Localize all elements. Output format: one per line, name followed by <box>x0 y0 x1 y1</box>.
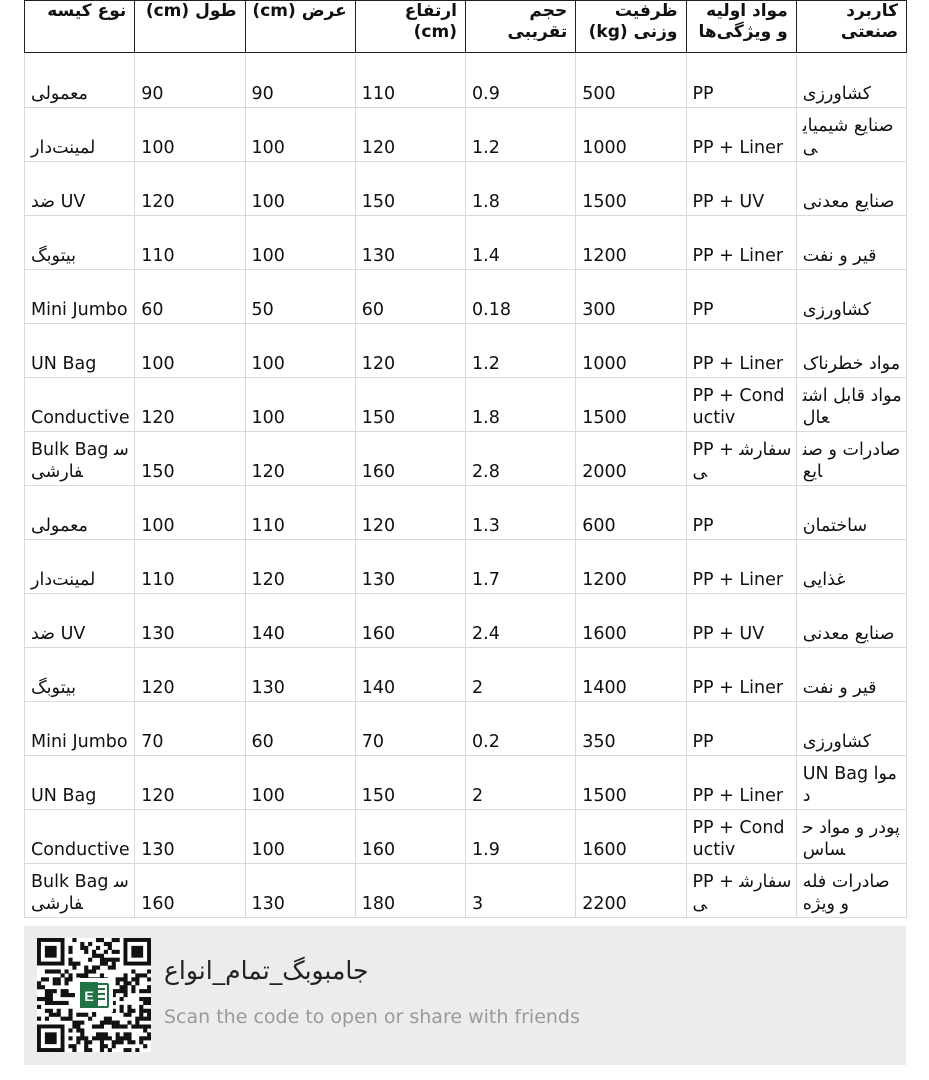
table-cell[interactable]: 2 <box>466 756 576 810</box>
table-cell[interactable]: 100 <box>135 108 245 162</box>
table-cell[interactable]: 1.7 <box>466 540 576 594</box>
table-cell[interactable]: 1000 <box>576 324 686 378</box>
table-cell[interactable]: صنایع معدنی <box>796 162 906 216</box>
table-cell[interactable]: Bulk Bag سفارشی <box>25 864 135 918</box>
table-cell[interactable]: 130 <box>245 648 355 702</box>
table-cell[interactable]: 70 <box>135 702 245 756</box>
table-cell[interactable]: 150 <box>135 432 245 486</box>
table-cell[interactable]: صادرات فله و ویژه <box>796 864 906 918</box>
table-cell[interactable]: 90 <box>245 53 355 108</box>
spreadsheet-table-container: نوع کیسهطول (cm)عرض (cm)ارتفاع (cm)حجم ت… <box>24 0 906 918</box>
table-cell[interactable]: 140 <box>355 648 465 702</box>
table-cell[interactable]: 120 <box>135 378 245 432</box>
table-cell[interactable]: 350 <box>576 702 686 756</box>
table-cell[interactable]: لمینت‌دار <box>25 540 135 594</box>
table-cell[interactable]: 1.2 <box>466 108 576 162</box>
table-row: بیتوبگ12013014021400PP + Linerقیر و نفت <box>25 648 907 702</box>
table-cell[interactable]: PP + UV <box>686 594 796 648</box>
table-cell[interactable]: 100 <box>245 162 355 216</box>
table-cell[interactable]: PP <box>686 270 796 324</box>
table-cell[interactable]: 1500 <box>576 162 686 216</box>
jumbo-bag-table: نوع کیسهطول (cm)عرض (cm)ارتفاع (cm)حجم ت… <box>24 0 907 918</box>
table-cell[interactable]: Mini Jumbo <box>25 270 135 324</box>
table-cell[interactable]: 160 <box>355 432 465 486</box>
table-cell[interactable]: 3 <box>466 864 576 918</box>
table-cell[interactable]: لمینت‌دار <box>25 108 135 162</box>
table-cell[interactable]: 150 <box>355 162 465 216</box>
table-cell[interactable]: PP + Liner <box>686 756 796 810</box>
table-cell[interactable]: 500 <box>576 53 686 108</box>
table-cell[interactable]: کشاورزی <box>796 53 906 108</box>
table-cell[interactable]: 130 <box>135 810 245 864</box>
table-cell[interactable]: PP + سفارشی <box>686 864 796 918</box>
table-cell[interactable]: غذایی <box>796 540 906 594</box>
table-cell[interactable]: کشاورزی <box>796 270 906 324</box>
column-header[interactable]: نوع کیسه <box>25 1 135 53</box>
table-cell[interactable]: PP + Liner <box>686 108 796 162</box>
table-cell[interactable]: 1.2 <box>466 324 576 378</box>
file-title: جامبوبگ_تمام_انواع <box>164 956 368 985</box>
table-cell[interactable]: 120 <box>355 324 465 378</box>
table-cell[interactable]: 130 <box>355 216 465 270</box>
table-cell[interactable]: ضد UV <box>25 162 135 216</box>
table-cell[interactable]: PP <box>686 53 796 108</box>
table-cell[interactable]: 2200 <box>576 864 686 918</box>
table-cell[interactable]: 110 <box>245 486 355 540</box>
table-cell[interactable]: 2 <box>466 648 576 702</box>
table-cell[interactable]: 100 <box>245 108 355 162</box>
table-cell[interactable]: 100 <box>245 756 355 810</box>
column-header[interactable]: حجم تقریبی <box>466 1 576 53</box>
table-cell[interactable]: 130 <box>245 864 355 918</box>
table-cell[interactable]: 0.2 <box>466 702 576 756</box>
table-cell[interactable]: 110 <box>135 216 245 270</box>
table-cell[interactable]: 120 <box>135 756 245 810</box>
table-cell[interactable]: 1400 <box>576 648 686 702</box>
table-row: Conductive1201001501.81500PP + Conductiv… <box>25 378 907 432</box>
table-body: معمولی90901100.9500PPکشاورزیلمینت‌دار100… <box>25 53 907 918</box>
column-header[interactable]: ارتفاع (cm) <box>355 1 465 53</box>
table-cell[interactable]: معمولی <box>25 486 135 540</box>
table-cell[interactable]: Mini Jumbo <box>25 702 135 756</box>
table-cell[interactable]: 70 <box>355 702 465 756</box>
table-row: Bulk Bag سفارشی1501201602.82000PP + سفار… <box>25 432 907 486</box>
table-cell[interactable]: قیر و نفت <box>796 216 906 270</box>
table-row: Mini Jumbo6050600.18300PPکشاورزی <box>25 270 907 324</box>
excel-icon: E <box>75 978 113 1012</box>
table-row: لمینت‌دار1101201301.71200PP + Linerغذایی <box>25 540 907 594</box>
table-row: ضد UV1301401602.41600PP + UVصنایع معدنی <box>25 594 907 648</box>
table-cell[interactable]: 130 <box>135 594 245 648</box>
table-cell[interactable]: 140 <box>245 594 355 648</box>
table-cell[interactable]: 120 <box>245 540 355 594</box>
table-cell[interactable]: PP <box>686 486 796 540</box>
table-cell[interactable]: UN Bag <box>25 324 135 378</box>
table-cell[interactable]: PP + Liner <box>686 540 796 594</box>
table-cell[interactable]: 150 <box>355 378 465 432</box>
table-row: بیتوبگ1101001301.41200PP + Linerقیر و نف… <box>25 216 907 270</box>
table-cell[interactable]: PP + Liner <box>686 324 796 378</box>
table-cell[interactable]: 90 <box>135 53 245 108</box>
table-cell[interactable]: 160 <box>355 594 465 648</box>
table-cell[interactable]: 1500 <box>576 756 686 810</box>
table-cell[interactable]: 120 <box>135 162 245 216</box>
table-cell[interactable]: Bulk Bag سفارشی <box>25 432 135 486</box>
table-cell[interactable]: 1.9 <box>466 810 576 864</box>
table-cell[interactable]: 160 <box>135 864 245 918</box>
table-cell[interactable]: 100 <box>245 216 355 270</box>
table-cell[interactable]: 300 <box>576 270 686 324</box>
table-cell[interactable]: 60 <box>245 702 355 756</box>
table-cell[interactable]: پودر و مواد حساس <box>796 810 906 864</box>
table-row: Conductive1301001601.91600PP + Conductiv… <box>25 810 907 864</box>
table-cell[interactable]: 130 <box>355 540 465 594</box>
table-cell[interactable]: صنایع شیمیایی <box>796 108 906 162</box>
table-cell[interactable]: 100 <box>135 486 245 540</box>
table-cell[interactable]: بیتوبگ <box>25 648 135 702</box>
table-cell[interactable]: 60 <box>135 270 245 324</box>
table-cell[interactable]: 120 <box>135 648 245 702</box>
table-cell[interactable]: 1500 <box>576 378 686 432</box>
table-cell[interactable]: کشاورزی <box>796 702 906 756</box>
table-cell[interactable]: 1200 <box>576 216 686 270</box>
share-instructions: Scan the code to open or share with frie… <box>164 1006 580 1028</box>
table-cell[interactable]: 60 <box>355 270 465 324</box>
table-row: معمولی90901100.9500PPکشاورزی <box>25 53 907 108</box>
table-cell[interactable]: PP + Conductiv <box>686 810 796 864</box>
table-cell[interactable]: 110 <box>135 540 245 594</box>
column-header[interactable]: عرض (cm) <box>245 1 355 53</box>
table-cell[interactable]: 1600 <box>576 594 686 648</box>
column-header[interactable]: مواد اولیه و ویژگی‌ها <box>686 1 796 53</box>
header-row: نوع کیسهطول (cm)عرض (cm)ارتفاع (cm)حجم ت… <box>25 1 907 53</box>
table-cell[interactable]: 1200 <box>576 540 686 594</box>
table-cell[interactable]: ساختمان <box>796 486 906 540</box>
table-cell[interactable]: PP <box>686 702 796 756</box>
table-row: Mini Jumbo7060700.2350PPکشاورزی <box>25 702 907 756</box>
table-row: Bulk Bag سفارشی16013018032200PP + سفارشی… <box>25 864 907 918</box>
table-cell[interactable]: 1600 <box>576 810 686 864</box>
table-cell[interactable]: 100 <box>245 324 355 378</box>
table-cell[interactable]: 150 <box>355 756 465 810</box>
table-cell[interactable]: 100 <box>135 324 245 378</box>
table-cell[interactable]: 1.8 <box>466 378 576 432</box>
table-cell[interactable]: 100 <box>245 378 355 432</box>
table-cell[interactable]: 2.4 <box>466 594 576 648</box>
table-cell[interactable]: قیر و نفت <box>796 648 906 702</box>
table-cell[interactable]: بیتوبگ <box>25 216 135 270</box>
share-card: E جامبوبگ_تمام_انواع Scan the code to op… <box>24 926 906 1065</box>
column-header[interactable]: طول (cm) <box>135 1 245 53</box>
table-cell[interactable]: 0.9 <box>466 53 576 108</box>
table-cell[interactable]: صادرات و صنایع <box>796 432 906 486</box>
table-cell[interactable]: UN Bag <box>25 756 135 810</box>
table-cell[interactable]: 100 <box>245 810 355 864</box>
table-cell[interactable]: 160 <box>355 810 465 864</box>
table-cell[interactable]: 120 <box>355 108 465 162</box>
table-cell[interactable]: 600 <box>576 486 686 540</box>
svg-text:E: E <box>84 988 93 1004</box>
table-cell[interactable]: 1.4 <box>466 216 576 270</box>
table-cell[interactable]: 1.3 <box>466 486 576 540</box>
table-cell[interactable]: 110 <box>355 53 465 108</box>
table-cell[interactable]: 0.18 <box>466 270 576 324</box>
table-cell[interactable]: 120 <box>355 486 465 540</box>
table-row: ضد UV1201001501.81500PP + UVصنایع معدنی <box>25 162 907 216</box>
column-header[interactable]: ظرفیت وزنی (kg) <box>576 1 686 53</box>
table-row: UN Bag1001001201.21000PP + Linerمواد خطر… <box>25 324 907 378</box>
table-cell[interactable]: PP + UV <box>686 162 796 216</box>
table-cell[interactable]: صنایع معدنی <box>796 594 906 648</box>
table-cell[interactable]: UN Bag مواد <box>796 756 906 810</box>
table-cell[interactable]: معمولی <box>25 53 135 108</box>
table-cell[interactable]: 180 <box>355 864 465 918</box>
table-cell[interactable]: ضد UV <box>25 594 135 648</box>
table-cell[interactable]: 120 <box>245 432 355 486</box>
table-cell[interactable]: مواد قابل اشتعال <box>796 378 906 432</box>
table-cell[interactable]: PP + سفارشی <box>686 432 796 486</box>
table-cell[interactable]: 1.8 <box>466 162 576 216</box>
table-cell[interactable]: PP + Liner <box>686 648 796 702</box>
table-cell[interactable]: 2.8 <box>466 432 576 486</box>
table-cell[interactable]: 2000 <box>576 432 686 486</box>
table-row: معمولی1001101201.3600PPساختمان <box>25 486 907 540</box>
table-row: لمینت‌دار1001001201.21000PP + Linerصنایع… <box>25 108 907 162</box>
qr-code-icon[interactable]: E <box>37 938 151 1052</box>
table-cell[interactable]: مواد خطرناک <box>796 324 906 378</box>
table-cell[interactable]: Conductive <box>25 810 135 864</box>
column-header[interactable]: کاربرد صنعتی <box>796 1 906 53</box>
table-cell[interactable]: Conductive <box>25 378 135 432</box>
table-cell[interactable]: 50 <box>245 270 355 324</box>
table-cell[interactable]: 1000 <box>576 108 686 162</box>
table-cell[interactable]: PP + Liner <box>686 216 796 270</box>
table-cell[interactable]: PP + Conductiv <box>686 378 796 432</box>
table-row: UN Bag12010015021500PP + LinerUN Bag موا… <box>25 756 907 810</box>
